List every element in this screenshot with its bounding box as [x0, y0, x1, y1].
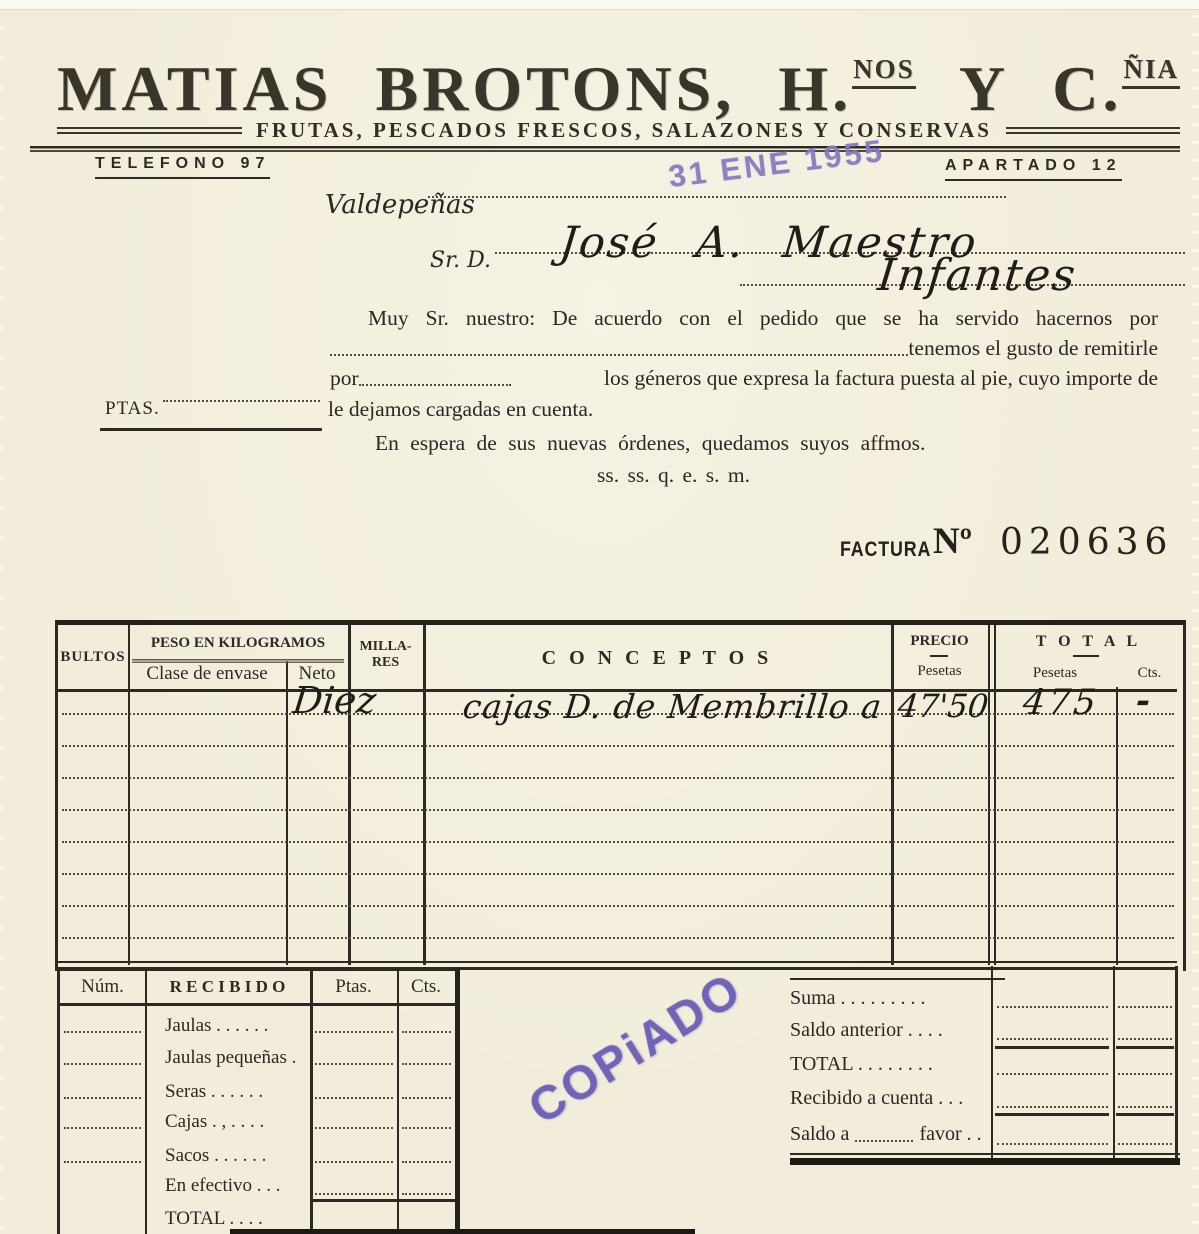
table-row-line-8: [62, 937, 1174, 939]
recibido-ptas-dot-2: [315, 1063, 393, 1065]
recibido-num-dot-5: [64, 1161, 141, 1163]
perforated-left-edge: [0, 0, 5, 1234]
table-row-line-6: [62, 873, 1174, 875]
recibido-ptas-dot-3: [315, 1097, 393, 1099]
recibido-row-sacos: Sacos . . . . . .: [165, 1145, 266, 1167]
copiado-stamp: COPiADO: [510, 955, 760, 1139]
col-header-bultos: BULTOS: [58, 649, 128, 666]
body-line-2-blank: [330, 354, 908, 356]
title-word-3: H.NOS: [778, 52, 915, 126]
recibido-cts-dot-4: [402, 1127, 451, 1129]
summary-val-dot-1a: [997, 1006, 1108, 1008]
col-header-total: T O T A L: [994, 633, 1183, 651]
summary-val-dot-2a: [997, 1038, 1108, 1040]
summary-val-dot-4a: [997, 1106, 1108, 1108]
summary-row-suma: Suma . . . . . . . . .: [790, 987, 926, 1010]
recibido-num-dot-3: [64, 1097, 141, 1099]
summary-val-dot-1b: [1118, 1006, 1172, 1008]
summary-block: Suma . . . . . . . . . Saldo anterior . …: [790, 975, 1180, 1167]
summary-row-saldo-favor: Saldo a favor . .: [790, 1123, 982, 1146]
recibido-total-separator: [313, 1199, 455, 1202]
recibido-header-cts: Cts.: [397, 976, 455, 998]
recibido-row-cajas: Cajas . , . . . .: [165, 1111, 264, 1133]
recibido-ptas-dot-4: [315, 1127, 393, 1129]
table-bottom-line-1: [58, 961, 1177, 963]
recibido-header-num: Núm.: [60, 976, 145, 998]
col-header-total-cts: Cts.: [1116, 665, 1183, 682]
table-row-line-7: [62, 905, 1174, 907]
recipient-name-2: Infantes: [875, 250, 1079, 301]
summary-solid-2a: [995, 1113, 1109, 1116]
entry-total-cts: -: [1134, 681, 1152, 721]
subtitle-left-rule: [57, 127, 242, 134]
recibido-cts-dot-1: [402, 1031, 451, 1033]
ptas-underline: [100, 428, 322, 431]
summary-col-line-3: [1175, 966, 1178, 1160]
table-row-line-5: [62, 841, 1174, 843]
precio-dash: [930, 655, 948, 657]
title-word-5: C.ÑIA: [1052, 52, 1180, 126]
body-line-4: le dejamos cargadas en cuenta.: [328, 397, 593, 422]
bottom-edge-bar: [230, 1229, 695, 1234]
perforated-right-edge: [1192, 0, 1199, 1234]
entry-cantidad: Diez: [291, 679, 378, 722]
factura-label: FACTURA: [840, 538, 931, 562]
col-header-conceptos: C O N C E P T O S: [423, 647, 891, 670]
body-line-3-text: los géneros que expresa la factura puest…: [511, 366, 1158, 391]
body-line-2-text: tenemos el gusto de remitirle: [908, 336, 1158, 361]
summary-row-total: TOTAL . . . . . . . .: [790, 1053, 933, 1076]
recibido-row-jaulas-pequenas: Jaulas pequeñas .: [165, 1047, 296, 1069]
ptas-label: PTAS.: [105, 398, 160, 420]
recibido-cts-dot-2: [402, 1063, 451, 1065]
recibido-num-dot-1: [64, 1031, 141, 1033]
recibido-row-jaulas: Jaulas . . . . . .: [165, 1015, 268, 1037]
entry-total-pesetas: 475: [1021, 683, 1101, 723]
recibido-cts-dot-5: [402, 1161, 451, 1163]
recibido-num-dot-4: [64, 1127, 141, 1129]
favor-label: favor . .: [919, 1123, 981, 1146]
summary-solid-2b: [1116, 1113, 1174, 1116]
city-blank-line: [428, 196, 1006, 198]
saldo-blank: [855, 1140, 913, 1142]
col-header-precio-pesetas: Pesetas: [891, 663, 988, 680]
total-dash: [1073, 655, 1099, 657]
body-line-1: Muy Sr. nuestro: De acuerdo con el pedid…: [368, 306, 1158, 331]
summary-val-dot-5a: [997, 1143, 1108, 1145]
title-word-4: Y: [959, 52, 1009, 126]
subtitle-row: FRUTAS, PESCADOS FRESCOS, SALAZONES Y CO…: [57, 118, 1180, 143]
city-label: Valdepeñas: [325, 190, 475, 220]
company-title: MATIAS BROTONS, H.NOS Y C.ÑIA: [57, 52, 1180, 126]
telefono-label: TELEFONO 97: [95, 155, 270, 179]
factura-no-label: Nº: [933, 520, 972, 563]
recibido-row-seras: Seras . . . . . .: [165, 1081, 263, 1103]
table-row-line-2: [62, 745, 1174, 747]
header-divider-rule: [30, 146, 1180, 152]
summary-col-line-2: [1113, 966, 1115, 1160]
summary-bottom-thin-rule: [790, 1153, 1180, 1155]
col-header-precio: PRECIO: [891, 633, 988, 650]
summary-row-saldo-anterior: Saldo anterior . . . .: [790, 1019, 943, 1042]
recibido-col-line-2: [310, 971, 313, 1234]
col-line-clase-neto: [286, 661, 288, 965]
summary-val-dot-3a: [997, 1073, 1108, 1075]
apartado-label: APARTADO 12: [945, 157, 1122, 181]
summary-val-dot-5b: [1118, 1143, 1172, 1145]
col-header-peso: PESO EN KILOGRAMOS: [128, 635, 348, 652]
col-header-total-pesetas: Pesetas: [994, 665, 1116, 682]
col-line-precio-total-a: [988, 625, 990, 965]
col-header-millares: MILLA- RES: [348, 639, 423, 671]
recibido-col-line-3: [397, 971, 399, 1234]
title-word-1: MATIAS: [57, 52, 332, 126]
table-row-line-3: [62, 777, 1174, 779]
subtitle-right-rule: [1006, 127, 1180, 134]
body-line-6: ss. ss. q. e. s. m.: [597, 463, 750, 488]
title-sup-nia: ÑIA: [1122, 54, 1180, 89]
title-word-2: BROTONS,: [375, 52, 735, 126]
summary-col-line-1: [991, 966, 993, 1160]
recibido-num-dot-2: [64, 1063, 141, 1065]
recibido-row-en-efectivo: En efectivo . . .: [165, 1175, 281, 1197]
body-line-3-blank: [359, 384, 511, 386]
ptas-blank-line: [163, 400, 320, 402]
summary-val-dot-2b: [1118, 1038, 1172, 1040]
summary-top-rule: [790, 978, 1005, 980]
summary-solid-1a: [995, 1046, 1109, 1049]
col-line-neto-millares: [348, 625, 351, 965]
summary-row-recibido-a-cuenta: Recibido a cuenta . . .: [790, 1087, 963, 1110]
entry-concepto: cajas D. de Membrillo a: [461, 687, 884, 726]
recibido-row-total: TOTAL . . . .: [165, 1208, 263, 1230]
summary-solid-1b: [1116, 1046, 1174, 1049]
recibido-header-ptas: Ptas.: [310, 976, 397, 998]
sr-d-label: Sr. D.: [430, 248, 491, 273]
title-sup-nos: NOS: [852, 54, 916, 89]
recibido-ptas-dot-6: [315, 1193, 393, 1195]
col-line-pesetas-cts: [1116, 687, 1118, 965]
summary-val-dot-3b: [1118, 1073, 1172, 1075]
table-row-line-4: [62, 809, 1174, 811]
recibido-header-recibido: R E C I B I D O: [145, 977, 310, 997]
body-line-5: En espera de sus nuevas órdenes, quedamo…: [375, 431, 925, 456]
col-line-millares-conceptos: [423, 625, 426, 965]
summary-val-dot-4b: [1118, 1106, 1172, 1108]
recibido-col-line-1: [145, 971, 147, 1234]
body-line-2: tenemos el gusto de remitirle: [330, 336, 1158, 361]
body-line-3: por los géneros que expresa la factura p…: [330, 366, 1158, 391]
summary-bottom-heavy-bar: [790, 1158, 1180, 1165]
invoice-paper: MATIAS BROTONS, H.NOS Y C.ÑIA FRUTAS, PE…: [0, 0, 1199, 1234]
torn-top-edge: [0, 0, 1199, 10]
recibido-ptas-dot-1: [315, 1031, 393, 1033]
recibido-header-separator: [60, 1003, 455, 1006]
recibido-ptas-dot-5: [315, 1161, 393, 1163]
factura-number: 020636: [1000, 522, 1173, 563]
recibido-cts-dot-6: [402, 1193, 451, 1195]
body-line-3-por: por: [330, 366, 359, 391]
recibido-table: Núm. R E C I B I D O Ptas. Cts. Jaulas .…: [57, 968, 460, 1234]
recibido-cts-dot-3: [402, 1097, 451, 1099]
entry-precio: 47'50: [896, 687, 990, 725]
saldo-a-label: Saldo a: [790, 1123, 849, 1146]
col-header-clase: Clase de envase: [128, 663, 286, 685]
items-table: BULTOS PESO EN KILOGRAMOS Clase de envas…: [55, 620, 1186, 971]
